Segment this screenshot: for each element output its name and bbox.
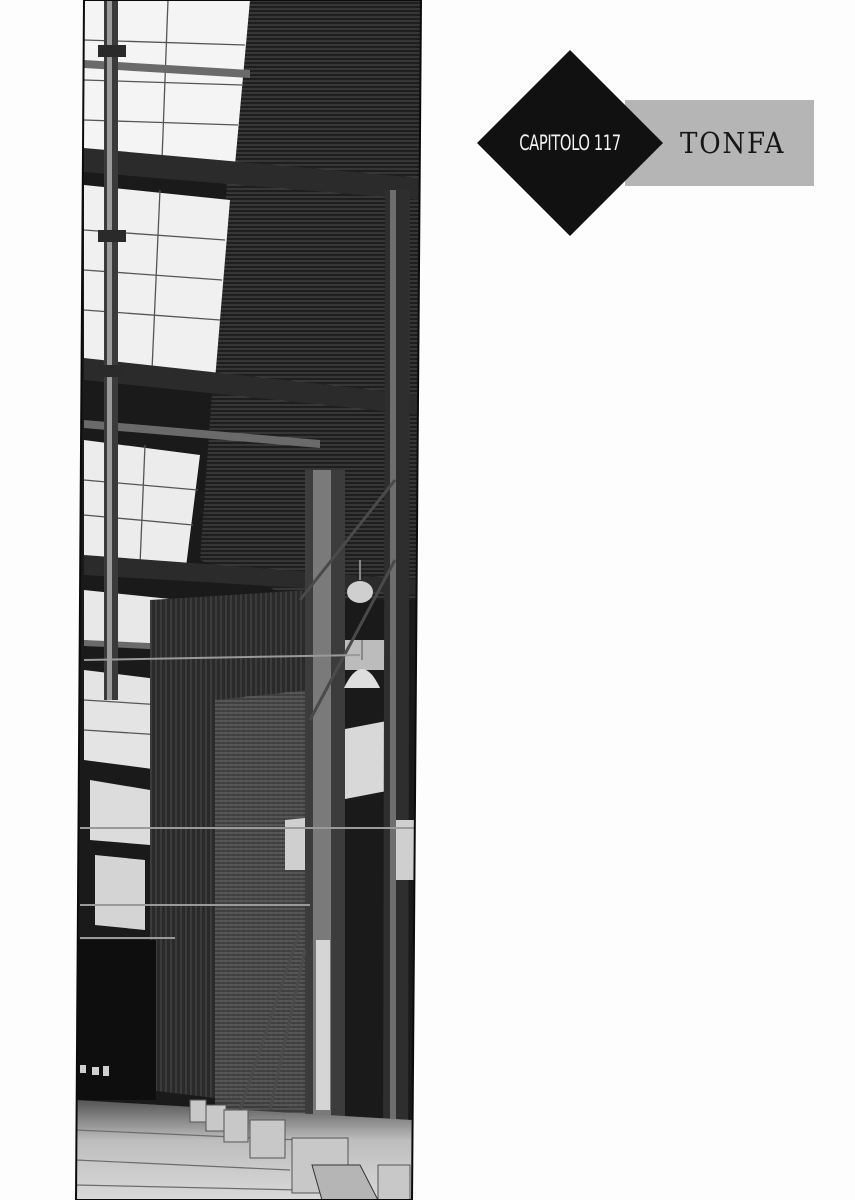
- chapter-title-block: CAPITOLO 117 TONFA: [470, 40, 830, 250]
- chapter-number-label: CAPITOLO 117: [497, 50, 642, 236]
- chapter-title: TONFA: [680, 100, 788, 186]
